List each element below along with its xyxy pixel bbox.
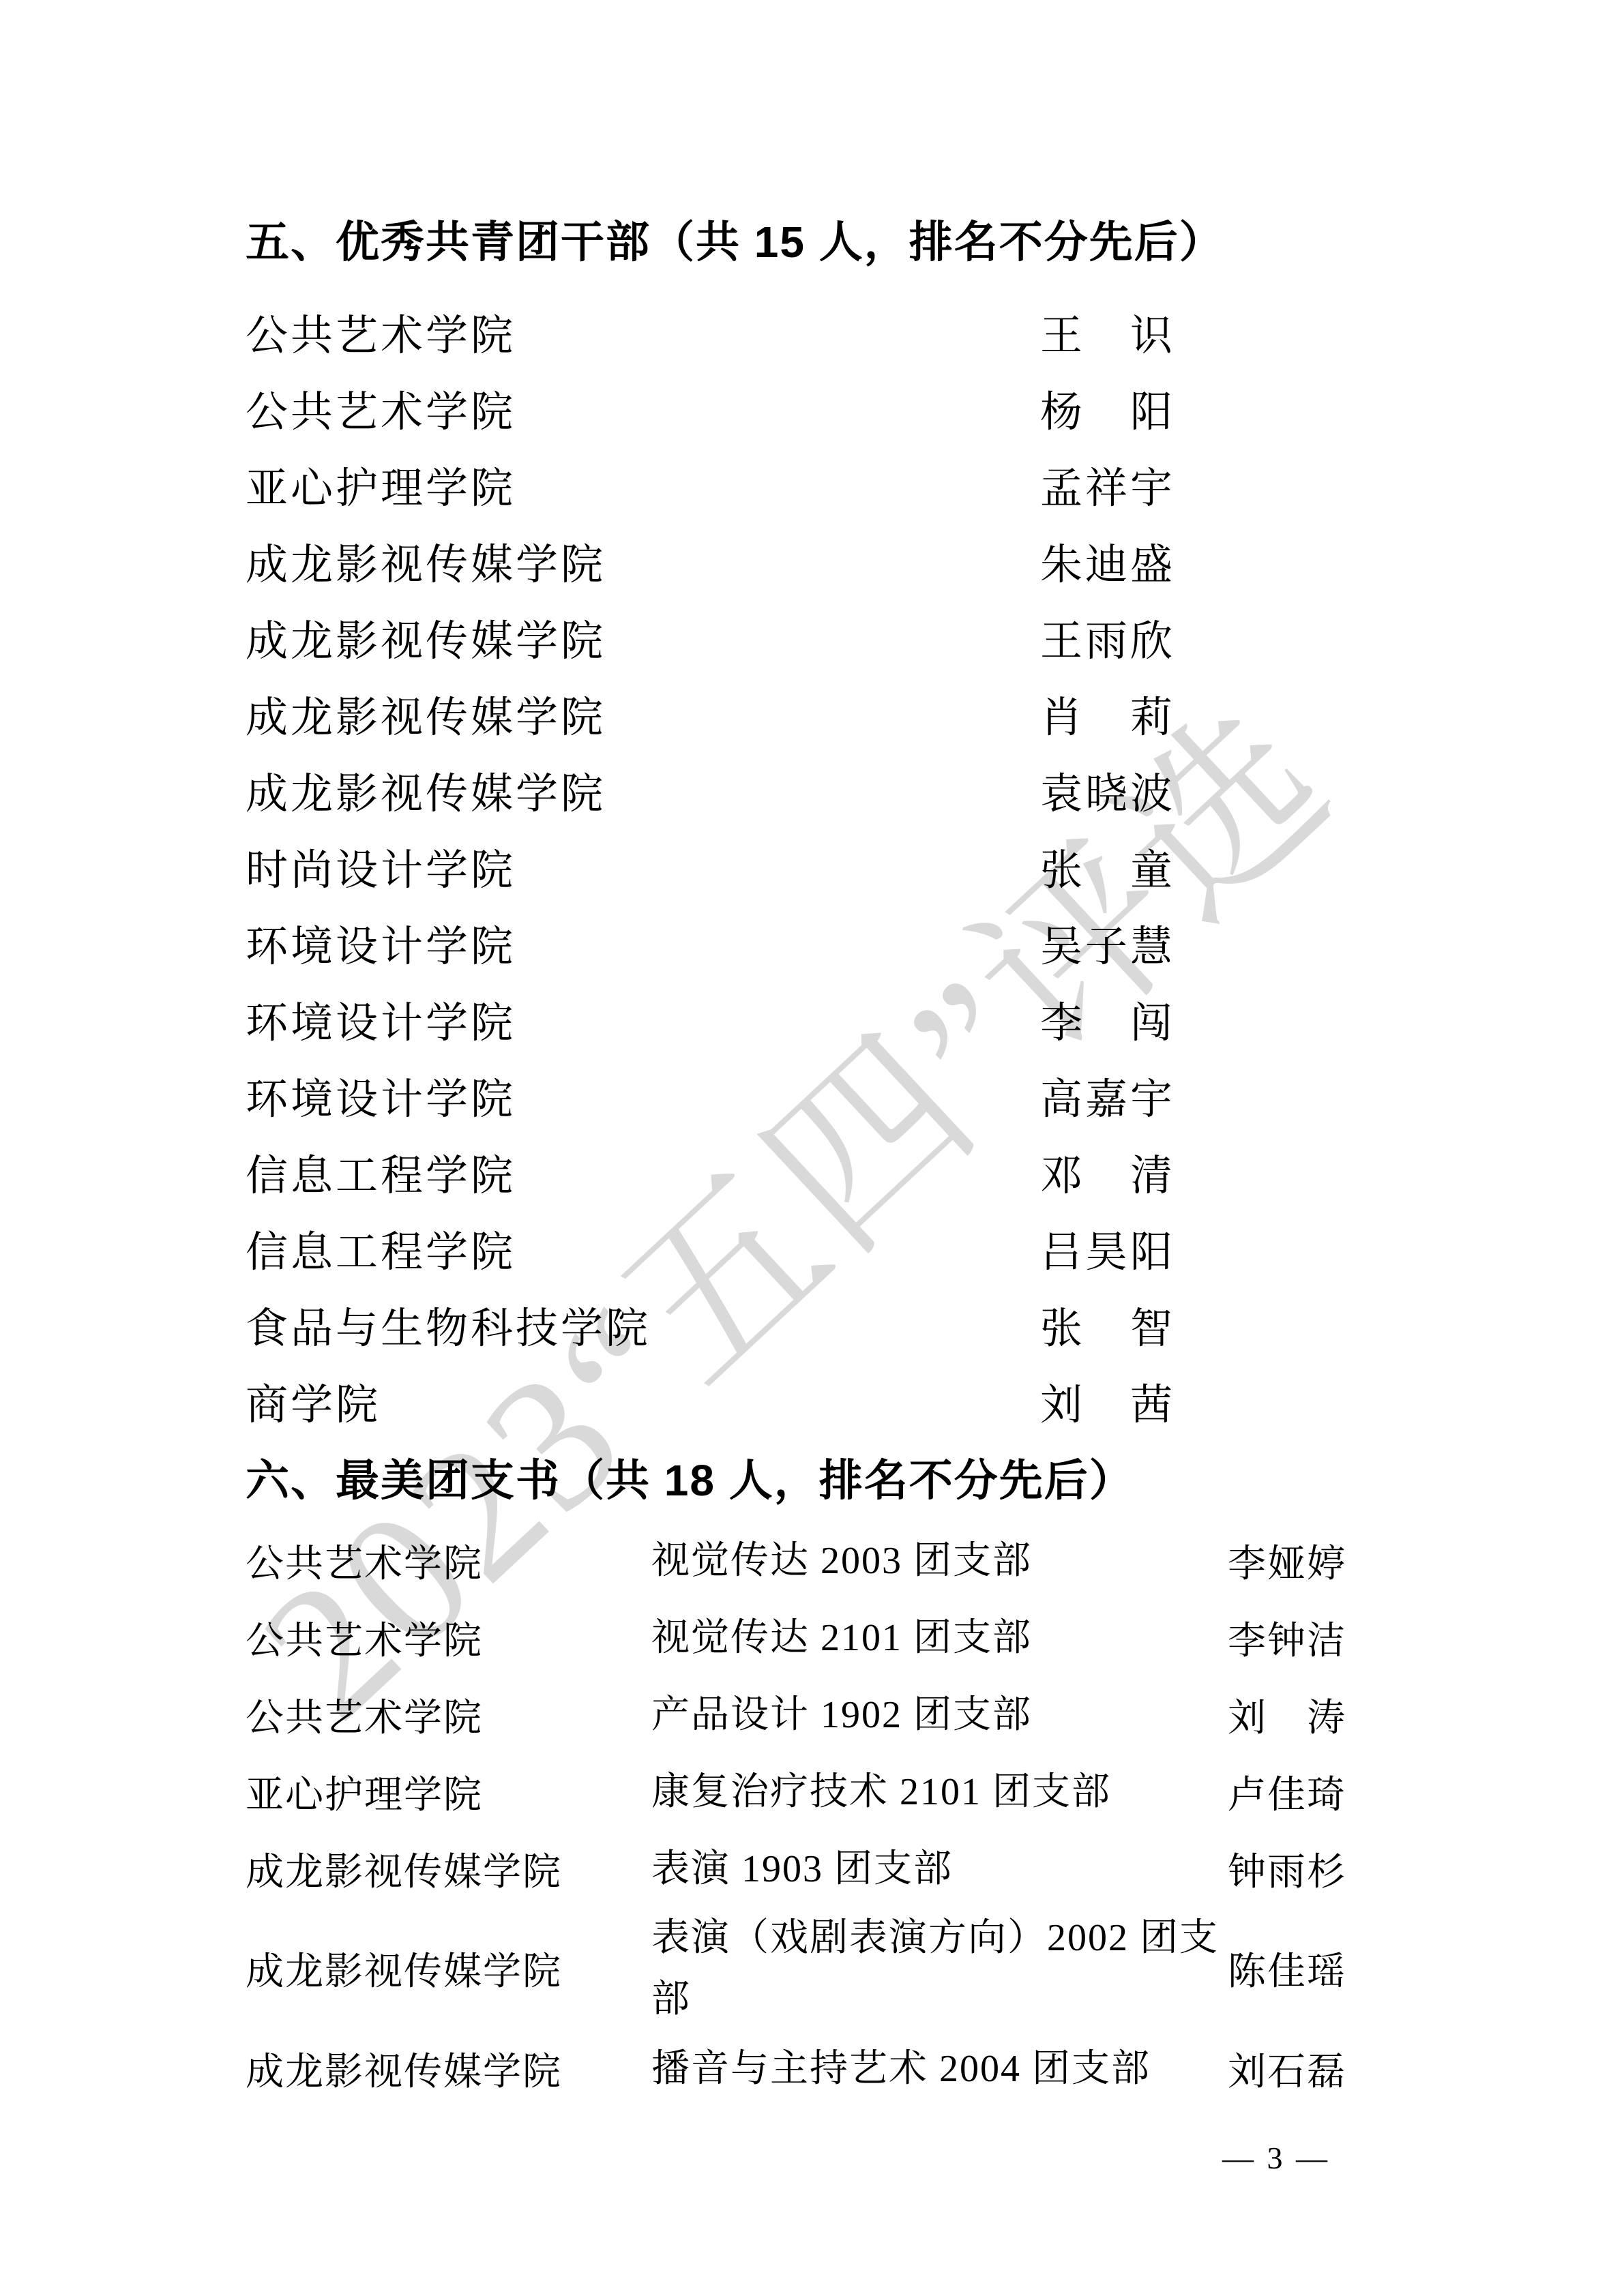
award-row: 公共艺术学院 王 识 (246, 293, 1426, 370)
recipient-name-cell: 朱迪盛 (1040, 531, 1183, 591)
recipient-name-cell: 肖 莉 (1040, 683, 1183, 744)
league-branch-cell: 播音与主持艺术 2004 团支部 (651, 2038, 1228, 2100)
award-row: 公共艺术学院 产品设计 1902 团支部 刘 涛 (246, 1676, 1426, 1753)
recipient-name-cell: 刘 涛 (1228, 1688, 1385, 1742)
recipient-name-cell: 孟祥宇 (1040, 454, 1183, 515)
award-row: 亚心护理学院 孟祥宇 (246, 446, 1426, 522)
award-row: 环境设计学院 吴子慧 (246, 904, 1426, 981)
page-number: — 3 — (1222, 2140, 1330, 2176)
page-content: 五、优秀共青团干部（共 15 人，排名不分先后） 公共艺术学院 王 识 公共艺术… (246, 217, 1426, 2107)
league-branch-cell: 康复治疗技术 2101 团支部 (651, 1761, 1228, 1823)
recipient-name-cell: 李 闯 (1040, 989, 1183, 1049)
award-row: 商学院 刘 茜 (246, 1362, 1426, 1439)
college-cell: 信息工程学院 (246, 1218, 1040, 1279)
recipient-name-cell: 袁晓波 (1040, 760, 1183, 820)
award-row: 公共艺术学院 视觉传达 2003 团支部 李娅婷 (246, 1522, 1426, 1599)
section-5-list: 公共艺术学院 王 识 公共艺术学院 杨 阳 亚心护理学院 孟祥宇 成龙影视传媒学… (246, 293, 1426, 1439)
college-cell: 信息工程学院 (246, 1142, 1040, 1202)
recipient-name-cell: 张 童 (1040, 836, 1183, 897)
league-branch-cell: 表演（戏剧表演方向）2002 团支部 (651, 1907, 1228, 2030)
award-row: 食品与生物科技学院 张 智 (246, 1286, 1426, 1362)
recipient-name-cell: 钟雨杉 (1228, 1842, 1385, 1896)
college-cell: 公共艺术学院 (246, 378, 1040, 438)
award-row: 公共艺术学院 视觉传达 2101 团支部 李钟洁 (246, 1599, 1426, 1676)
college-cell: 环境设计学院 (246, 1065, 1040, 1126)
recipient-name-cell: 刘 茜 (1040, 1371, 1183, 1431)
college-cell: 亚心护理学院 (246, 1765, 651, 1819)
college-cell: 成龙影视传媒学院 (246, 683, 1040, 744)
league-branch-cell: 表演 1903 团支部 (651, 1838, 1228, 1900)
award-row: 信息工程学院 吕昊阳 (246, 1210, 1426, 1286)
recipient-name-cell: 刘石磊 (1228, 2042, 1385, 2096)
college-cell: 公共艺术学院 (246, 1534, 651, 1588)
recipient-name-cell: 李娅婷 (1228, 1534, 1385, 1588)
college-cell: 成龙影视传媒学院 (246, 531, 1040, 591)
college-cell: 成龙影视传媒学院 (246, 760, 1040, 820)
recipient-name-cell: 李钟洁 (1228, 1611, 1385, 1665)
award-row: 成龙影视传媒学院 袁晓波 (246, 751, 1426, 828)
section-5-title: 五、优秀共青团干部（共 15 人，排名不分先后） (246, 217, 1426, 267)
recipient-name-cell: 陈佳瑶 (1228, 1941, 1385, 1996)
recipient-name-cell: 卢佳琦 (1228, 1765, 1385, 1819)
college-cell: 时尚设计学院 (246, 836, 1040, 897)
college-cell: 公共艺术学院 (246, 301, 1040, 362)
league-branch-cell: 产品设计 1902 团支部 (651, 1684, 1228, 1746)
award-row: 成龙影视传媒学院 朱迪盛 (246, 522, 1426, 599)
award-row: 信息工程学院 邓 清 (246, 1133, 1426, 1210)
section-6-title: 六、最美团支书（共 18 人，排名不分先后） (246, 1455, 1426, 1506)
award-row: 成龙影视传媒学院 表演 1903 团支部 钟雨杉 (246, 1830, 1426, 1907)
award-row: 成龙影视传媒学院 表演（戏剧表演方向）2002 团支部 陈佳瑶 (246, 1907, 1426, 2030)
college-cell: 成龙影视传媒学院 (246, 1842, 651, 1896)
college-cell: 食品与生物科技学院 (246, 1294, 1040, 1355)
award-row: 成龙影视传媒学院 王雨欣 (246, 599, 1426, 675)
award-row: 环境设计学院 李 闯 (246, 981, 1426, 1057)
award-row: 公共艺术学院 杨 阳 (246, 370, 1426, 446)
college-cell: 商学院 (246, 1371, 1040, 1431)
recipient-name-cell: 王 识 (1040, 301, 1183, 362)
college-cell: 环境设计学院 (246, 912, 1040, 973)
league-branch-cell: 视觉传达 2003 团支部 (651, 1530, 1228, 1592)
league-branch-cell: 视觉传达 2101 团支部 (651, 1607, 1228, 1669)
college-cell: 亚心护理学院 (246, 454, 1040, 515)
award-row: 时尚设计学院 张 童 (246, 828, 1426, 904)
college-cell: 成龙影视传媒学院 (246, 607, 1040, 668)
college-cell: 公共艺术学院 (246, 1611, 651, 1665)
award-row: 成龙影视传媒学院 肖 莉 (246, 675, 1426, 751)
award-row: 成龙影视传媒学院 播音与主持艺术 2004 团支部 刘石磊 (246, 2030, 1426, 2107)
college-cell: 环境设计学院 (246, 989, 1040, 1049)
college-cell: 成龙影视传媒学院 (246, 1941, 651, 1996)
document-page: 2023“五四”评选 五、优秀共青团干部（共 15 人，排名不分先后） 公共艺术… (0, 0, 1624, 2296)
award-row: 环境设计学院 高嘉宇 (246, 1057, 1426, 1133)
recipient-name-cell: 张 智 (1040, 1294, 1183, 1355)
award-row: 亚心护理学院 康复治疗技术 2101 团支部 卢佳琦 (246, 1753, 1426, 1830)
recipient-name-cell: 杨 阳 (1040, 378, 1183, 438)
college-cell: 成龙影视传媒学院 (246, 2042, 651, 2096)
recipient-name-cell: 王雨欣 (1040, 607, 1183, 668)
college-cell: 公共艺术学院 (246, 1688, 651, 1742)
recipient-name-cell: 高嘉宇 (1040, 1065, 1183, 1126)
recipient-name-cell: 吕昊阳 (1040, 1218, 1183, 1279)
recipient-name-cell: 吴子慧 (1040, 912, 1183, 973)
recipient-name-cell: 邓 清 (1040, 1142, 1183, 1202)
section-6-list: 公共艺术学院 视觉传达 2003 团支部 李娅婷 公共艺术学院 视觉传达 210… (246, 1522, 1426, 2107)
